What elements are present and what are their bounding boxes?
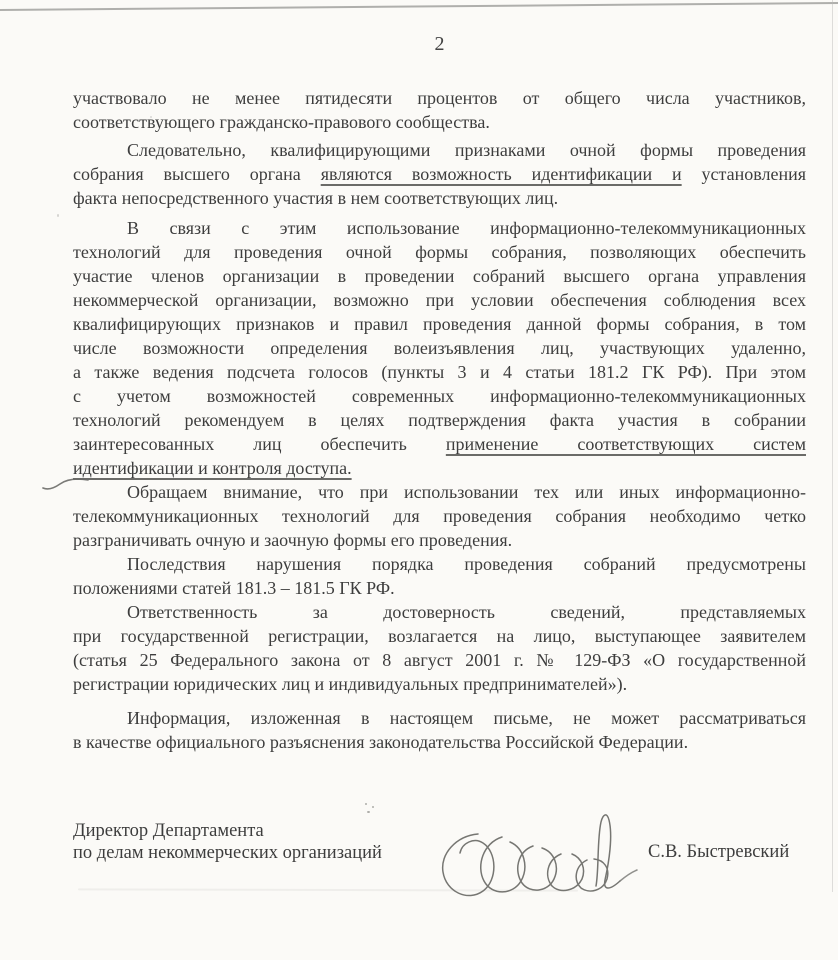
text-run: участие членов организации в проведении … (73, 266, 806, 286)
text-line: Информация, изложенная в настоящем письм… (73, 706, 806, 730)
text-run: собрания высшего органа (73, 164, 321, 184)
text-line: телекоммуникационных технологий для пров… (73, 504, 806, 528)
text-run: при государственной регистрации, возлага… (73, 626, 806, 646)
text-run: квалифицирующих признаков и правил прове… (73, 314, 806, 334)
text-run: Последствия нарушения порядка проведения… (127, 554, 806, 574)
text-run: Ответственность за достоверность сведени… (127, 602, 806, 622)
text-line: квалифицирующих признаков и правил прове… (73, 312, 806, 336)
paragraph: Ответственность за достоверность сведени… (73, 600, 806, 696)
text-run: заинтересованных лиц обеспечить (73, 434, 446, 454)
text-line: технологий для проведения очной формы со… (73, 240, 806, 264)
text-run: соответствующего гражданско-правового со… (73, 112, 490, 132)
pen-underlined-text: идентификации и контроля доступа. (73, 458, 352, 478)
signer-position: Директор Департамента по делам некоммерч… (73, 821, 382, 864)
text-run: телекоммуникационных технологий для пров… (73, 506, 806, 526)
text-line: а также ведения подсчета голосов (пункты… (73, 360, 806, 384)
text-run: Информация, изложенная в настоящем письм… (127, 708, 806, 728)
pen-underlined-text: являются возможность идентификации и (321, 164, 682, 184)
text-run: положениями статей 181.3 – 181.5 ГК РФ. (73, 578, 395, 598)
text-line: Ответственность за достоверность сведени… (73, 600, 806, 624)
text-run: в качестве официального разъяснения зако… (73, 732, 688, 752)
text-run: технологий для проведения очной формы со… (73, 242, 806, 262)
document-body: участвовало не менее пятидесяти проценто… (73, 86, 806, 754)
text-line: участвовало не менее пятидесяти проценто… (73, 86, 806, 110)
signer-name: С.В. Быстревский (648, 842, 789, 863)
text-line: Последствия нарушения порядка проведения… (73, 552, 806, 576)
signer-position-line1: Директор Департамента (73, 821, 382, 843)
text-line: участие членов организации в проведении … (73, 264, 806, 288)
text-line: собрания высшего органа являются возможн… (73, 162, 806, 186)
text-line: разграничивать очную и заочную формы его… (73, 528, 806, 552)
text-line: Обращаем внимание, что при использовании… (73, 480, 806, 504)
paragraph: В связи с этим использование информацион… (73, 216, 806, 480)
text-line: в качестве официального разъяснения зако… (73, 730, 806, 754)
paragraph: участвовало не менее пятидесяти проценто… (73, 86, 806, 134)
text-run: регистрации юридических лиц и индивидуал… (73, 674, 627, 694)
text-run: а также ведения подсчета голосов (пункты… (73, 362, 806, 382)
paragraph: Последствия нарушения порядка проведения… (73, 552, 806, 600)
scan-speck (57, 214, 59, 217)
text-line: регистрации юридических лиц и индивидуал… (73, 672, 806, 696)
text-line: заинтересованных лиц обеспечить применен… (73, 432, 806, 456)
text-run: Обращаем внимание, что при использовании… (127, 482, 806, 502)
text-line: положениями статей 181.3 – 181.5 ГК РФ. (73, 576, 806, 600)
text-line: идентификации и контроля доступа. (73, 456, 806, 480)
text-run: факта непосредственного участия в нем со… (73, 188, 558, 208)
text-run: (статья 25 Федерального закона от 8 авгу… (73, 650, 806, 670)
text-line: при государственной регистрации, возлага… (73, 624, 806, 648)
text-run: участвовало не менее пятидесяти проценто… (73, 88, 806, 108)
text-run: В связи с этим использование информацион… (127, 218, 806, 238)
text-line: факта непосредственного участия в нем со… (73, 186, 806, 210)
text-run: Следовательно, квалифицирующими признака… (127, 140, 806, 160)
text-line: (статья 25 Федерального закона от 8 авгу… (73, 648, 806, 672)
text-line: Следовательно, квалифицирующими признака… (73, 138, 806, 162)
text-run: установления (682, 164, 806, 184)
text-line: некоммерческой организации, возможно при… (73, 288, 806, 312)
text-line: с учетом возможностей современных информ… (73, 384, 806, 408)
text-run: числе возможности определения волеизъявл… (73, 338, 806, 358)
paragraph: Следовательно, квалифицирующими признака… (73, 138, 806, 210)
paragraph: Обращаем внимание, что при использовании… (73, 480, 806, 552)
signer-position-line2: по делам некоммерческих организаций (73, 843, 382, 865)
page-number: 2 (73, 33, 806, 56)
text-line: В связи с этим использование информацион… (73, 216, 806, 240)
pen-underline-overshoot (42, 472, 92, 494)
scan-edge-line-top (0, 2, 838, 11)
paragraph: Информация, изложенная в настоящем письм… (73, 706, 806, 754)
smudge-mark (363, 802, 379, 816)
text-run: некоммерческой организации, возможно при… (73, 290, 806, 310)
pen-underlined-text: применение соответствующих систем (446, 434, 806, 454)
text-line: технологий рекомендуем в целях подтвержд… (73, 408, 806, 432)
text-line: соответствующего гражданско-правового со… (73, 110, 806, 134)
scan-edge-line-right (832, 0, 833, 892)
text-run: технологий рекомендуем в целях подтвержд… (73, 410, 806, 430)
handwritten-signature (436, 810, 641, 910)
text-line: числе возможности определения волеизъявл… (73, 336, 806, 360)
scanned-letter-page: 2 участвовало не менее пятидесяти процен… (0, 0, 838, 960)
text-run: разграничивать очную и заочную формы его… (73, 530, 512, 550)
text-run: с учетом возможностей современных информ… (73, 386, 806, 406)
